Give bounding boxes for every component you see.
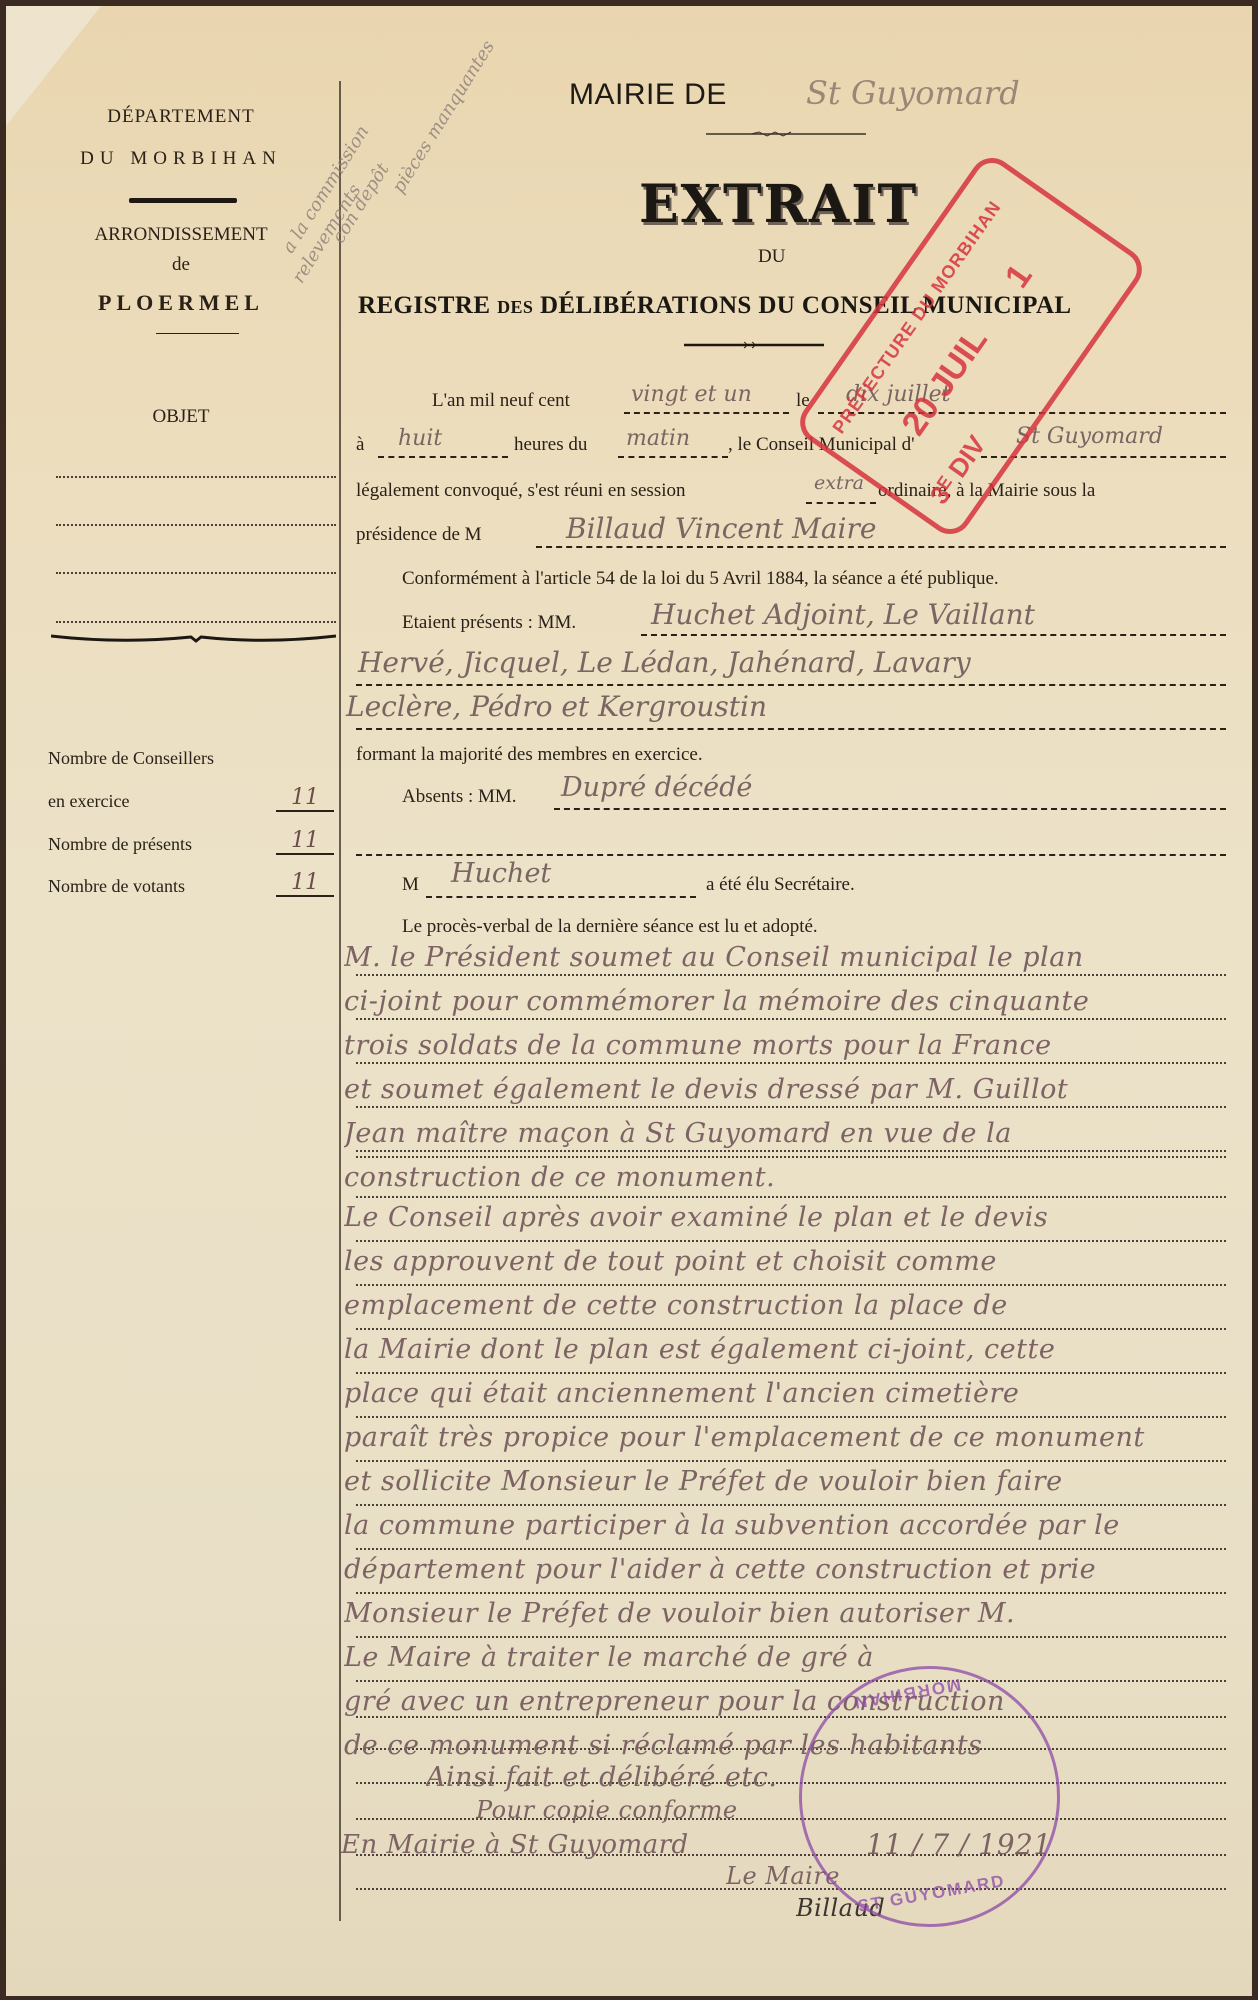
ruled-line <box>356 1416 1226 1418</box>
divider-bar <box>129 198 237 203</box>
absent-label: Absents : MM. <box>402 786 517 808</box>
session-value: extra <box>814 472 864 494</box>
arrondissement-name: PLOERMEL <box>26 290 336 316</box>
title-ornament <box>706 131 866 137</box>
prefecture-stamp-year: 1 <box>998 258 1041 296</box>
department-label: DÉPARTEMENT <box>26 106 336 128</box>
deliberation-line: les approuvent de tout point et choisit … <box>344 1246 1234 1277</box>
ruled-line <box>356 1284 1226 1286</box>
secretary-prefix: M <box>402 874 419 896</box>
ruled-line <box>356 1680 1226 1682</box>
deliberation-line: et soumet également le devis dressé par … <box>344 1074 1234 1105</box>
subtitle-registre: REGISTRE <box>358 292 490 319</box>
mairie-label: MAIRIE DE <box>569 78 727 112</box>
objet-label: OBJET <box>26 406 336 428</box>
brace-ornament <box>51 634 336 644</box>
deliberation-line: la Mairie dont le plan est également ci-… <box>344 1334 1234 1365</box>
minutes-text: Le procès-verbal de la dernière séance e… <box>402 916 818 938</box>
document-title: EXTRAIT <box>639 174 918 235</box>
deliberation-line: ci-joint pour commémorer la mémoire des … <box>344 986 1234 1017</box>
stat-label-votants: Nombre de votants <box>48 876 185 897</box>
deliberation-line: M. le Président soumet au Conseil munici… <box>344 942 1234 973</box>
deliberation-line: emplacement de cette construction la pla… <box>344 1290 1234 1321</box>
department-name: DU MORBIHAN <box>26 148 336 170</box>
deliberation-line: de ce monument si réclamé par les habita… <box>344 1730 1234 1761</box>
ruled-line <box>356 1156 1226 1158</box>
absent-value: Dupré décédé <box>561 772 752 803</box>
ruled-line <box>356 1460 1226 1462</box>
objet-line <box>56 524 336 526</box>
deliberation-line: paraît très propice pour l'emplacement d… <box>344 1422 1234 1453</box>
ruled-line <box>356 1018 1226 1020</box>
margin-note: pièces manquantes <box>388 37 499 197</box>
objet-line <box>56 572 336 574</box>
ruled-line <box>356 1636 1226 1638</box>
ruled-line <box>356 1328 1226 1330</box>
deliberation-line: trois soldats de la commune morts pour l… <box>344 1030 1234 1061</box>
session-text: légalement convoqué, s'est réuni en sess… <box>356 480 686 502</box>
deliberation-line: construction de ce monument. <box>344 1162 1234 1193</box>
deliberation-line: Le Conseil après avoir examiné le plan e… <box>344 1202 1234 1233</box>
prefecture-stamp-ref: 3ᴱ DIV <box>924 430 993 510</box>
ruled-line <box>356 1196 1226 1198</box>
ruled-line <box>356 1240 1226 1242</box>
mairie-name-handwritten: St Guyomard <box>806 74 1020 112</box>
present-label: Etaient présents : MM. <box>402 612 576 634</box>
seal-text-bottom: ST GUYOMARD <box>856 1871 1007 1917</box>
arrondissement-de: de <box>26 254 336 276</box>
deliberation-line: et sollicite Monsieur le Préfet de voulo… <box>344 1466 1234 1497</box>
hour-label: heures du <box>514 434 587 456</box>
deliberation-line: Le Maire à traiter le marché de gré à <box>344 1642 1234 1673</box>
subtitle-des: DES <box>497 297 533 317</box>
stat-value-conseillers: 11 <box>276 786 334 812</box>
deliberation-line: gré avec un entrepreneur pour la constru… <box>344 1686 1234 1717</box>
column-divider <box>339 81 341 1921</box>
stat-sublabel: en exercice <box>48 791 129 812</box>
ruled-line <box>356 1592 1226 1594</box>
deliberation-line: la commune participer à la subvention ac… <box>344 1510 1234 1541</box>
period-value: matin <box>626 426 690 451</box>
stat-label-conseillers: Nombre de Conseillers <box>48 748 214 769</box>
mairie-seal-stamp: MORBIHAN ST GUYOMARD <box>799 1666 1060 1927</box>
arrondissement-label: ARRONDISSEMENT <box>26 224 336 246</box>
ruled-line <box>356 1548 1226 1550</box>
hour-value: huit <box>398 426 442 451</box>
secretary-value: Huchet <box>451 858 551 889</box>
stat-label-presents: Nombre de présents <box>48 834 192 855</box>
majority-text: formant la majorité des membres en exerc… <box>356 744 703 766</box>
ruled-line <box>356 1372 1226 1374</box>
present-value-2: Hervé, Jicquel, Le Lédan, Jahénard, Lava… <box>358 646 971 679</box>
ruled-line <box>356 1106 1226 1108</box>
objet-line <box>56 621 336 623</box>
present-value-1: Huchet Adjoint, Le Vaillant <box>651 598 1035 631</box>
divider-line <box>156 333 239 334</box>
deliberation-line: département pour l'aider à cette constru… <box>344 1554 1234 1585</box>
hour-prefix: à <box>356 434 364 456</box>
stat-value-presents: 11 <box>276 829 334 855</box>
title-du: DU <box>758 246 785 268</box>
presidency-label: présidence de M <box>356 524 482 546</box>
document-page: a la commission con depôt relevements pi… <box>6 6 1252 1996</box>
present-value-3: Leclère, Pédro et Kergroustin <box>346 690 767 723</box>
ruled-line <box>356 974 1226 976</box>
article-text: Conformément à l'article 54 de la loi du… <box>402 568 999 590</box>
ruled-line <box>356 1504 1226 1506</box>
year-value: vingt et un <box>631 382 752 407</box>
absent-field-2 <box>356 828 1226 856</box>
ruled-line <box>356 1062 1226 1064</box>
council-value: St Guyomard <box>1016 424 1163 449</box>
objet-line <box>56 476 336 478</box>
year-label: L'an mil neuf cent <box>432 390 570 412</box>
deliberation-line: Jean maître maçon à St Guyomard en vue d… <box>344 1118 1234 1149</box>
deliberation-line: place qui était anciennement l'ancien ci… <box>344 1378 1234 1409</box>
ruled-line <box>356 1150 1226 1152</box>
stat-value-votants: 11 <box>276 871 334 897</box>
place-text: En Mairie à St Guyomard <box>341 1830 821 1860</box>
subtitle-ornament <box>684 341 824 349</box>
secretary-text: a été élu Secrétaire. <box>706 874 855 896</box>
deliberation-line: Monsieur le Préfet de vouloir bien autor… <box>344 1598 1234 1629</box>
presidency-value: Billaud Vincent Maire <box>566 512 876 545</box>
